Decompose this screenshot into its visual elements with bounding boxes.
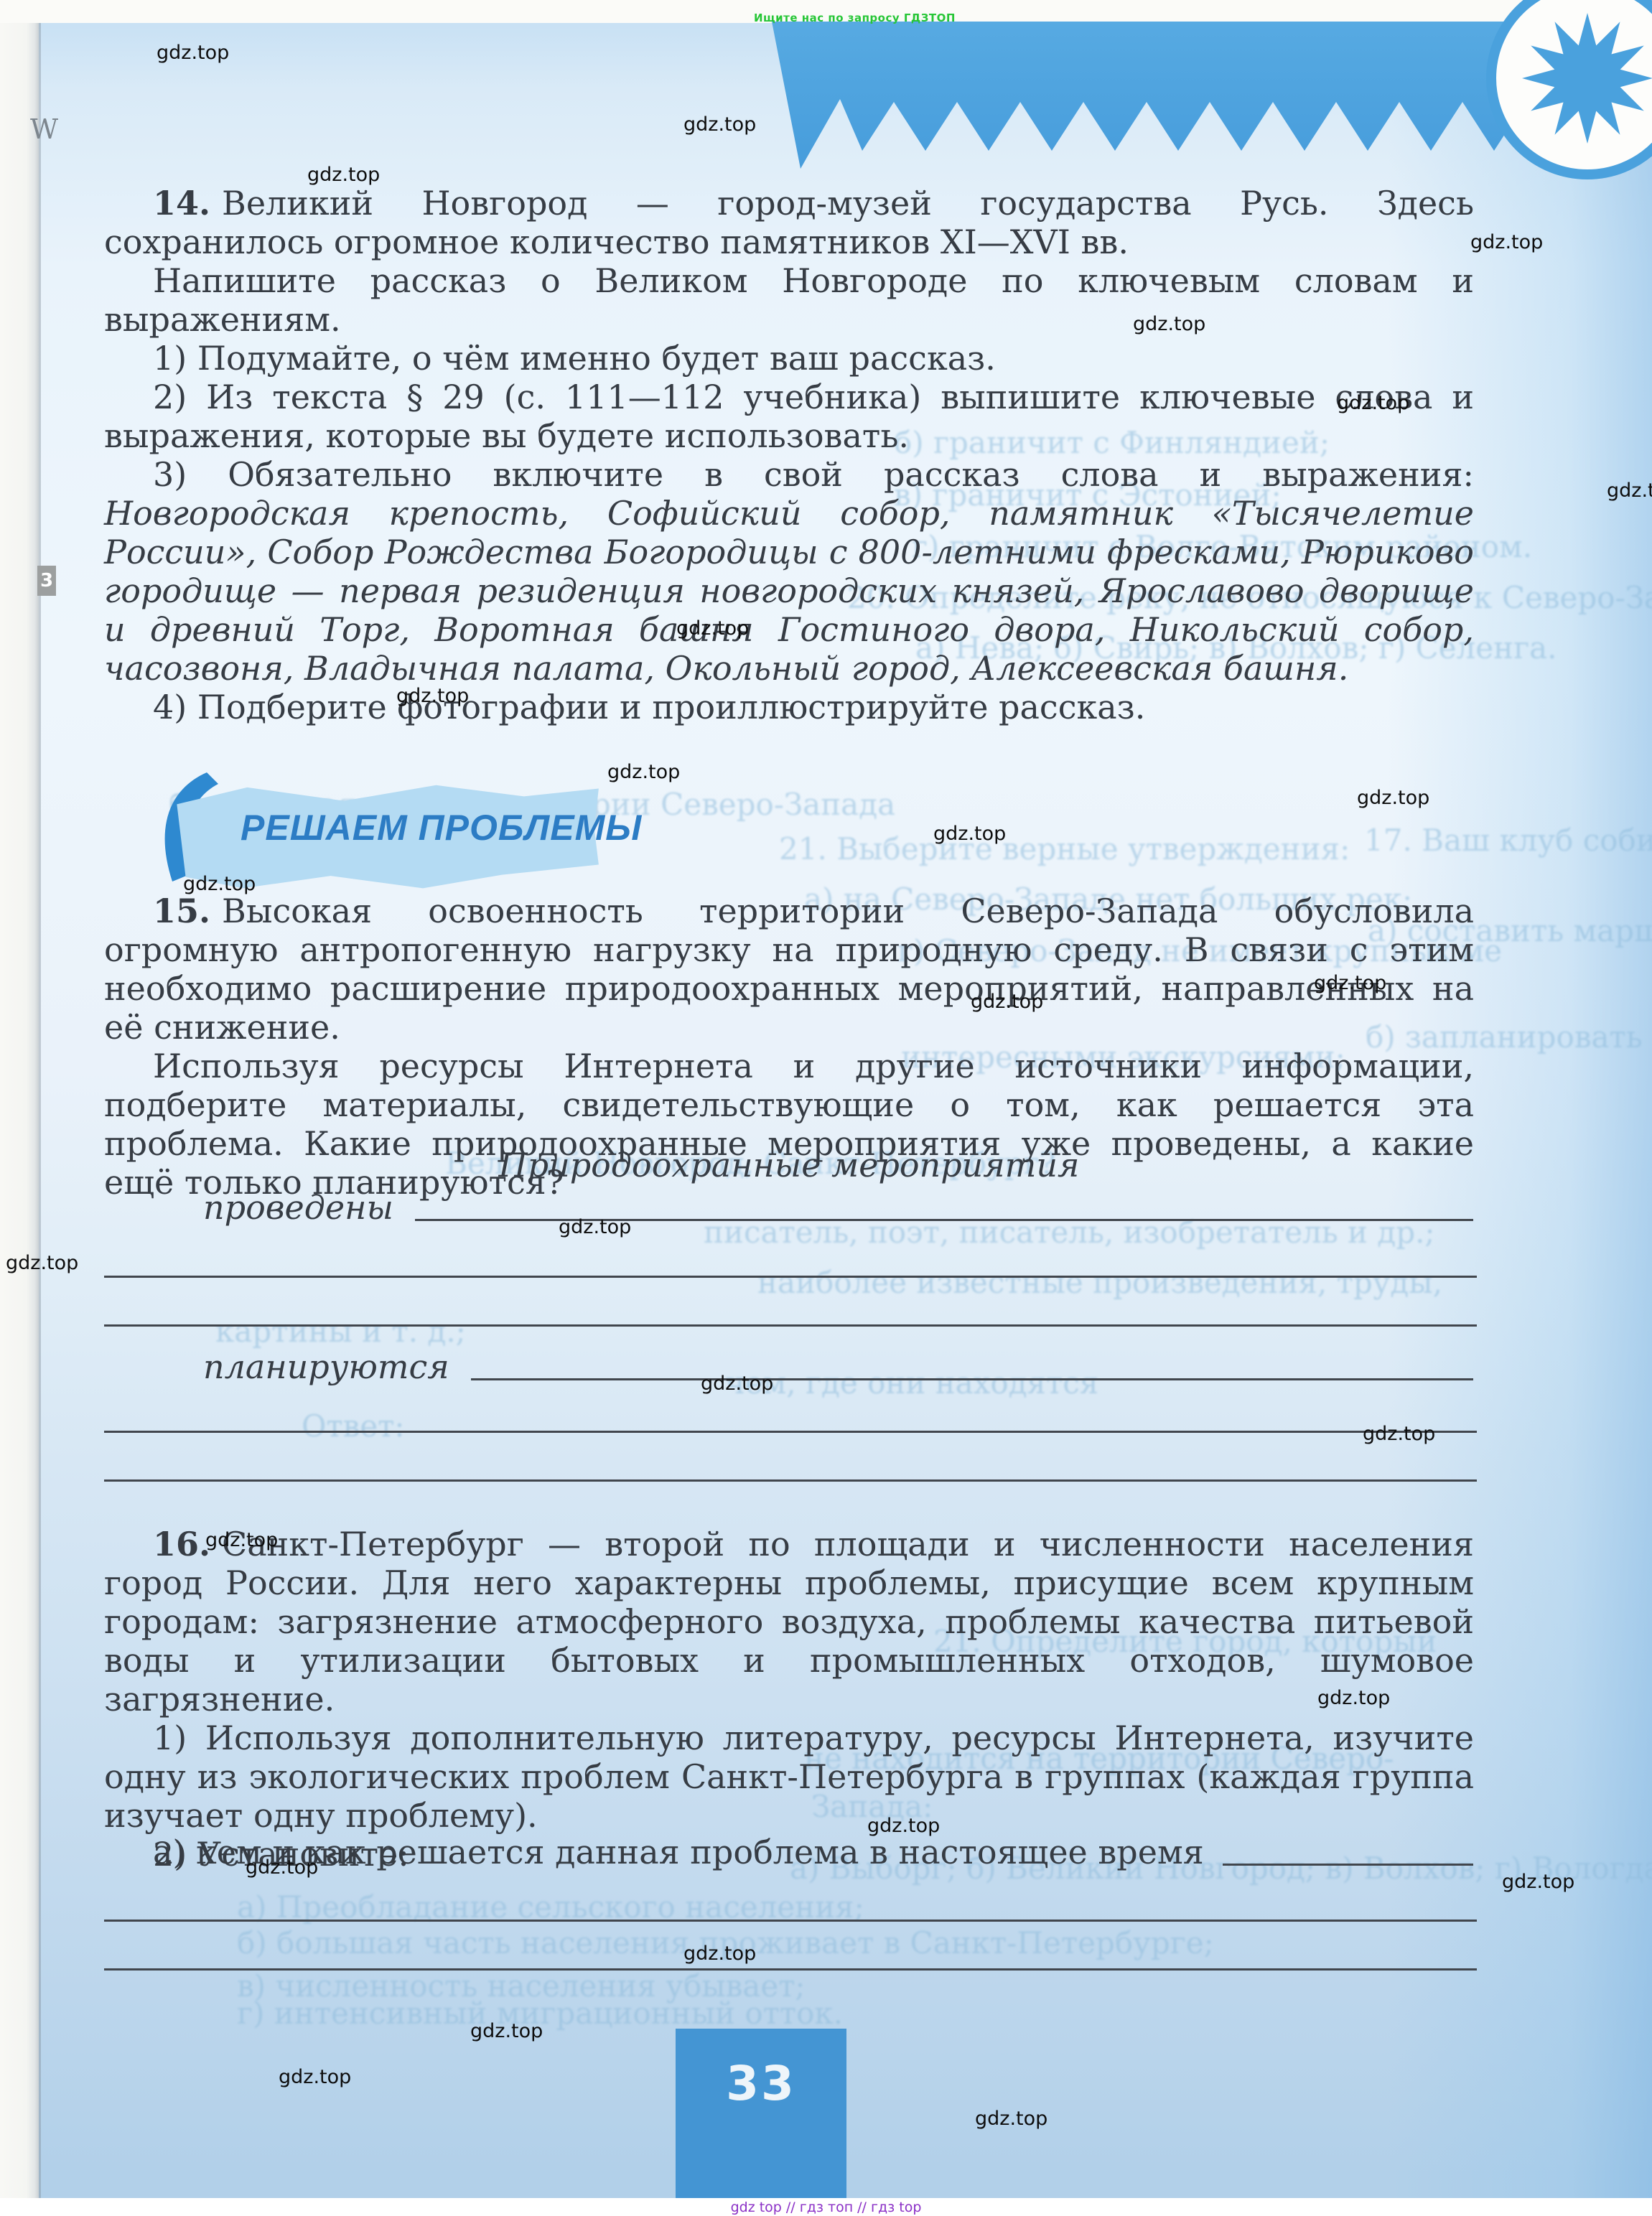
task-16: 16.Санкт-Петербург — второй по площади и… bbox=[104, 1525, 1474, 1874]
task14-item1: 1) Подумайте, о чём именно будет ваш рас… bbox=[104, 339, 1474, 378]
task15-intro-text: Высокая освоенность территории Северо-За… bbox=[104, 892, 1474, 1047]
measures-done-row: проведены bbox=[203, 1190, 1473, 1225]
gdz-watermark: gdz.top bbox=[683, 1942, 756, 1965]
gdz-watermark: gdz.top bbox=[1357, 787, 1429, 809]
gdz-watermark: gdz.top bbox=[1470, 231, 1543, 253]
gdz-watermark: gdz.top bbox=[559, 1216, 631, 1238]
task15-intro: 15.Высокая освоенность территории Северо… bbox=[104, 892, 1474, 1047]
star-icon bbox=[1522, 13, 1652, 144]
banner-label: РЕШАЕМ ПРОБЛЕМЫ bbox=[241, 807, 642, 848]
corner-star-badge bbox=[1486, 0, 1652, 179]
task14-intro: 14.Великий Новгород — город-музей госуда… bbox=[104, 184, 1474, 261]
gdz-watermark: gdz.top bbox=[933, 823, 1006, 845]
ruled-answer-line bbox=[104, 1431, 1477, 1433]
ruled-answer-line bbox=[104, 1479, 1477, 1482]
workbook-page: Ищите нас по запросу ГДЗТОП W 3 б) грани… bbox=[0, 0, 1652, 2216]
gdz-watermark: gdz.top bbox=[1607, 480, 1652, 502]
gdz-watermark: gdz.top bbox=[1502, 1871, 1574, 1893]
footer-watermark: gdz top // гдз топ // гдз top bbox=[0, 2199, 1652, 2215]
gdz-watermark: gdz.top bbox=[157, 42, 229, 64]
gdz-watermark: gdz.top bbox=[867, 1815, 940, 1837]
task16-item2a-row: а) кем и как решается данная проблема в … bbox=[153, 1835, 1473, 1869]
page-crease bbox=[39, 0, 41, 2216]
measures-planned-row: планируются bbox=[203, 1350, 1473, 1384]
chapter-side-tab: 3 bbox=[37, 566, 56, 596]
gdz-watermark: gdz.top bbox=[470, 2020, 543, 2042]
task14-item3: 3) Обязательно включите в свой рассказ с… bbox=[104, 455, 1474, 688]
gdz-watermark: gdz.top bbox=[307, 164, 380, 186]
gdz-watermark: gdz.top bbox=[1314, 972, 1386, 994]
task14-item4: 4) Подберите фотографии и проиллюстрируй… bbox=[104, 688, 1474, 726]
measures-title: Природоохранные мероприятия bbox=[104, 1146, 1474, 1184]
task14-item3-plain: 3) Обязательно включите в свой рассказ с… bbox=[153, 455, 1474, 494]
gdz-watermark: gdz.top bbox=[971, 991, 1043, 1013]
task16-item1: 1) Используя дополнительную литературу, … bbox=[104, 1719, 1474, 1835]
gdz-watermark: gdz.top bbox=[279, 2066, 351, 2088]
ruled-answer-line bbox=[104, 1276, 1477, 1278]
ghost-bleed-text: картины и т. д.; bbox=[215, 1314, 466, 1349]
task16-intro: 16.Санкт-Петербург — второй по площади и… bbox=[104, 1525, 1474, 1719]
gdz-watermark: gdz.top bbox=[205, 1529, 278, 1551]
gdz-watermark: gdz.top bbox=[701, 1373, 773, 1395]
gdz-watermark: gdz.top bbox=[6, 1252, 78, 1274]
gdz-watermark: gdz.top bbox=[1337, 392, 1409, 414]
planned-answer-line bbox=[471, 1378, 1473, 1380]
ruled-answer-line bbox=[104, 1920, 1477, 1922]
ghost-bleed-text: 21. Выберите верные утверждения: bbox=[779, 831, 1350, 866]
task15-number: 15. bbox=[153, 892, 222, 930]
task14-item2: 2) Из текста § 29 (с. 111—112 учебника) … bbox=[104, 378, 1474, 455]
edge-letter: W bbox=[30, 113, 58, 145]
task16-answer-line bbox=[1223, 1864, 1473, 1866]
ghost-bleed-text: наиболее известные произведения, труды, bbox=[757, 1265, 1442, 1300]
promo-text: Ищите нас по запросу ГДЗТОП bbox=[754, 11, 956, 24]
gdz-watermark: gdz.top bbox=[975, 2108, 1047, 2130]
page-number: 33 bbox=[726, 2056, 796, 2111]
task14-item3-keywords: Новгородская крепость, Софийский собор, … bbox=[104, 494, 1474, 688]
ruled-answer-line bbox=[104, 1968, 1477, 1970]
gdz-watermark: gdz.top bbox=[183, 873, 256, 895]
ghost-bleed-text: Ответ: bbox=[302, 1408, 405, 1444]
gdz-watermark: gdz.top bbox=[683, 113, 756, 136]
gdz-watermark: gdz.top bbox=[1317, 1687, 1390, 1709]
page-number-box: 33 bbox=[676, 2029, 846, 2198]
gdz-watermark: gdz.top bbox=[1133, 313, 1205, 335]
task14-intro-text: Великий Новгород — город-музей государст… bbox=[104, 184, 1474, 261]
planned-label: планируются bbox=[203, 1350, 471, 1384]
gdz-watermark: gdz.top bbox=[607, 761, 680, 783]
gdz-watermark: gdz.top bbox=[246, 1856, 318, 1879]
done-label: проведены bbox=[203, 1190, 415, 1225]
gdz-watermark: gdz.top bbox=[1363, 1423, 1435, 1445]
ruled-answer-line bbox=[104, 1324, 1477, 1327]
task14-number: 14. bbox=[153, 184, 222, 223]
task-14: 14.Великий Новгород — город-музей госуда… bbox=[104, 184, 1474, 726]
gdz-watermark: gdz.top bbox=[676, 617, 749, 640]
task14-lead: Напишите рассказ о Великом Новгороде по … bbox=[104, 261, 1474, 339]
task16-intro-text: Санкт-Петербург — второй по площади и чи… bbox=[104, 1525, 1474, 1719]
gdz-watermark: gdz.top bbox=[396, 685, 469, 707]
ghost-bleed-text: 17. Ваш клуб собирается совершить bbox=[1364, 823, 1652, 858]
page-left-edge bbox=[0, 0, 39, 2216]
